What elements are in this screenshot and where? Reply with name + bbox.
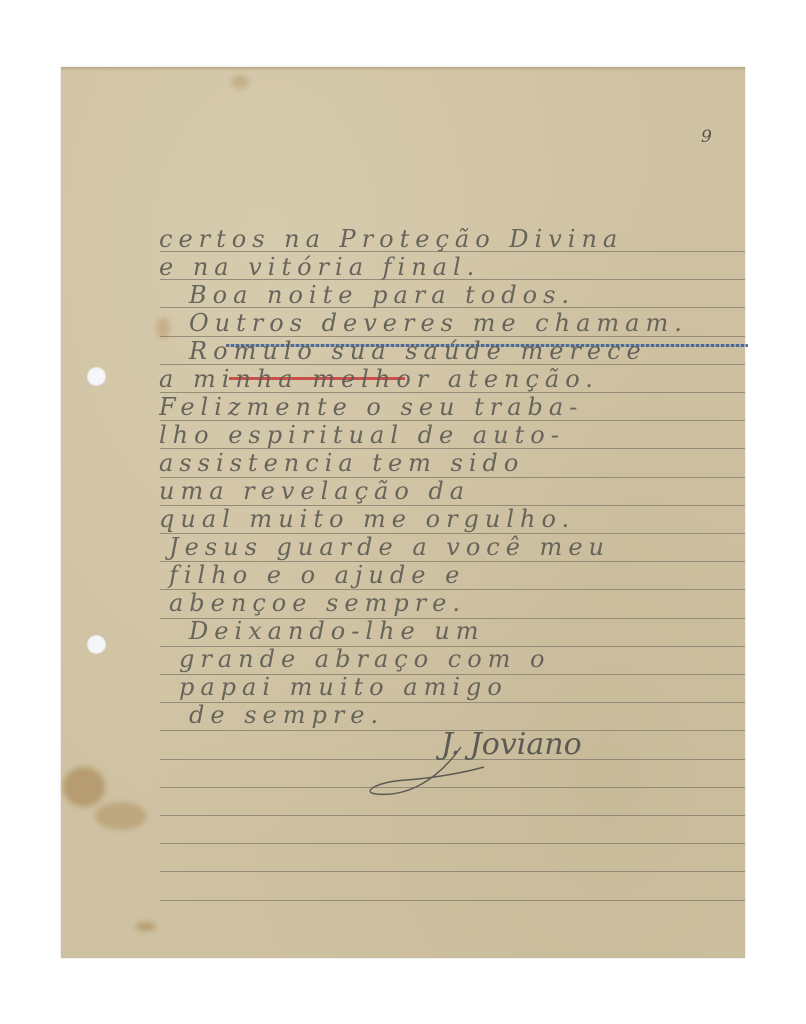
punch-hole-top <box>87 367 106 386</box>
stain <box>231 75 249 89</box>
text-line: Jesus guarde a você meu <box>169 533 610 561</box>
rule-line <box>160 815 745 816</box>
text-line: papai muito amigo <box>179 673 508 701</box>
text-line: filho e o ajude e <box>169 561 465 589</box>
text-line: e na vitória final. <box>159 253 480 281</box>
text-line: uma revelação da <box>159 477 470 505</box>
page-number: 9 <box>701 127 712 147</box>
text-line: a minha melhor atenção. <box>159 365 599 393</box>
text-line: Deixando-lhe um <box>189 617 485 645</box>
text-line: certos na Proteção Divina <box>159 225 623 253</box>
rule-line <box>160 843 745 844</box>
signature: J. Joviano <box>441 727 582 762</box>
text-line: qual muito me orgulho. <box>159 505 575 533</box>
stain <box>136 922 156 931</box>
text-line: Outros deveres me chamam. <box>189 309 688 337</box>
text-line: grande abraço com o <box>179 645 551 673</box>
stain <box>63 767 105 807</box>
text-line: de sempre. <box>189 701 384 729</box>
text-line: abençoe sempre. <box>169 589 466 617</box>
rule-line <box>160 871 745 872</box>
text-line: Romulo sua saúde merece <box>189 337 647 365</box>
stain <box>95 802 147 830</box>
text-line: Boa noite para todos. <box>189 281 575 309</box>
rule-line <box>160 900 745 901</box>
letter-page: 9 certos na Proteção Divina e na vitória… <box>61 67 745 958</box>
stain <box>156 317 170 339</box>
text-line: Felizmente o seu traba- <box>159 393 583 421</box>
punch-hole-bottom <box>87 635 106 654</box>
text-line: lho espiritual de auto- <box>159 421 565 449</box>
text-line: assistencia tem sido <box>159 449 524 477</box>
paper-edge <box>61 67 745 71</box>
